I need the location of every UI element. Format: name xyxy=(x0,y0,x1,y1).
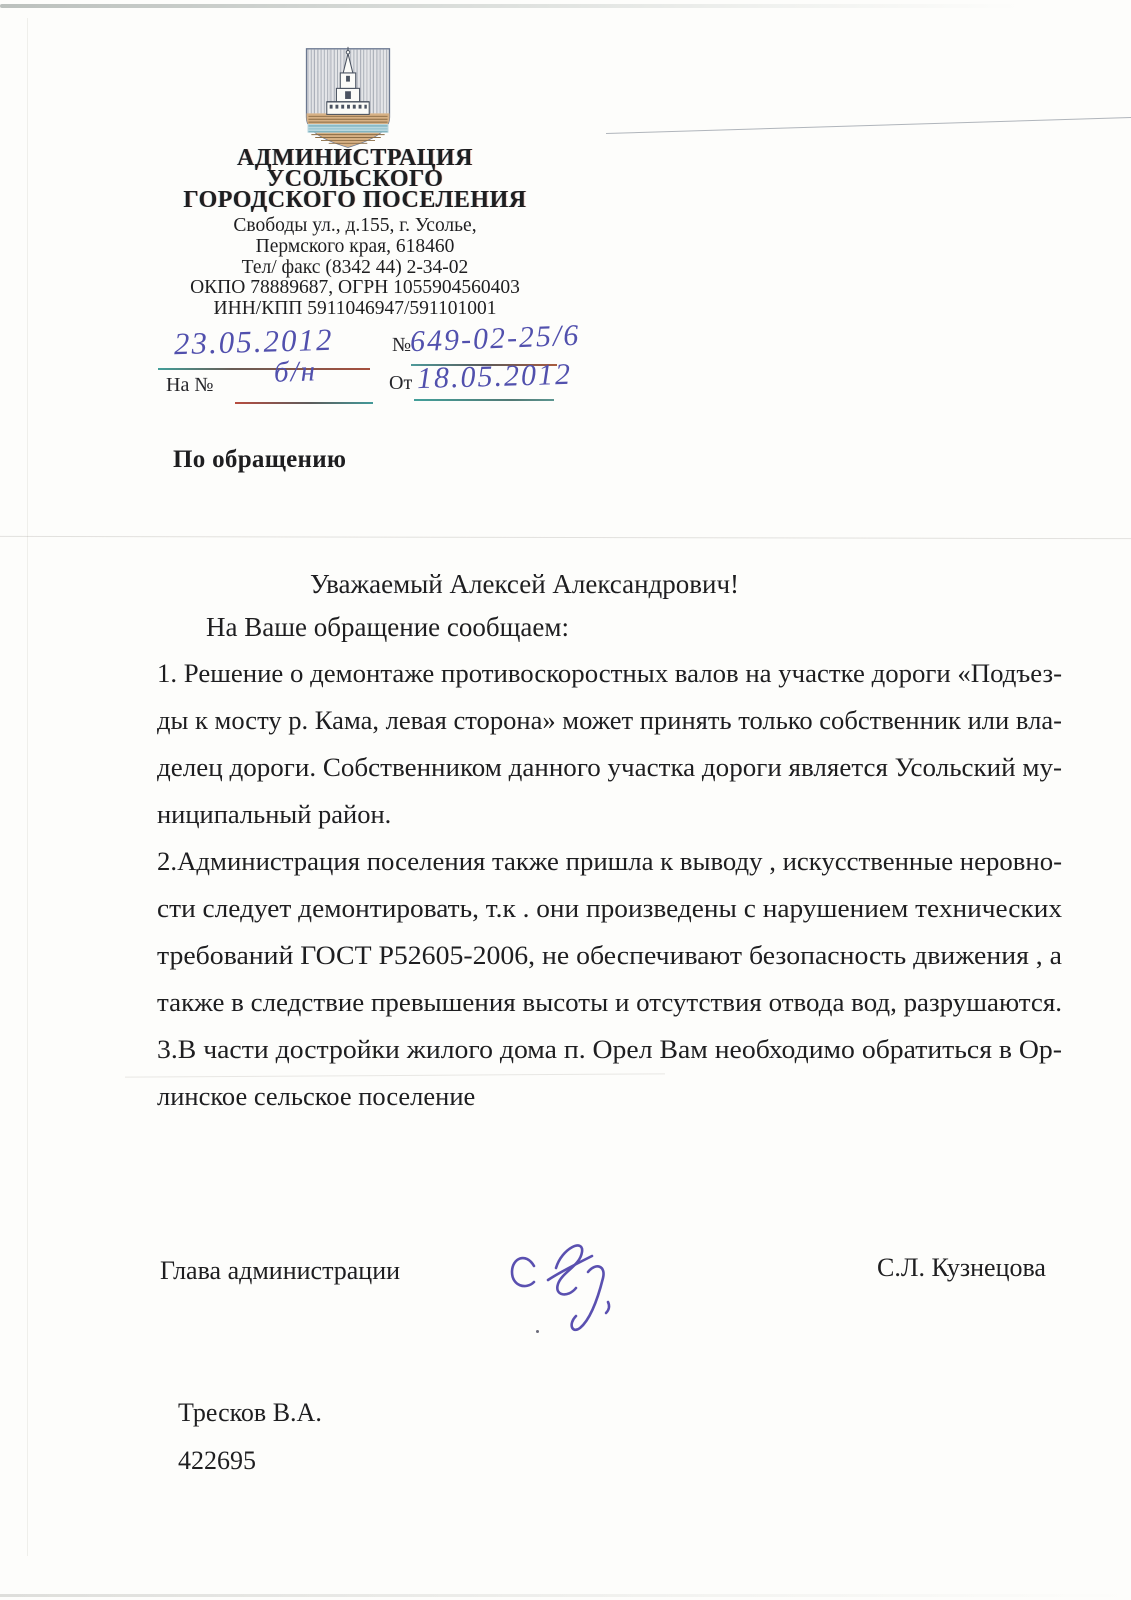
org-name-line: ГОРОДСКОГО ПОСЕЛЕНИЯ xyxy=(150,190,560,211)
scanned-letter-page: АДМИНИСТРАЦИЯ УСОЛЬСКОГО ГОРОДСКОГО ПОСЕ… xyxy=(0,0,1131,1600)
body-line: ды к мосту р. Кама, левая сторона» может… xyxy=(157,705,1062,736)
body-line: сти следует демонтировать, т.к . они про… xyxy=(157,893,1062,924)
incoming-date-underline xyxy=(414,399,554,401)
signer-name: С.Л. Кузнецова xyxy=(877,1253,1046,1283)
outgoing-number-handwritten: 649-02-25/6 xyxy=(409,319,581,360)
paper-crease-horizontal xyxy=(125,1073,665,1077)
intro-line: На Ваше обращение сообщаем: xyxy=(206,612,569,643)
executor-name: Тресков В.А. xyxy=(178,1398,322,1428)
incoming-number-underline xyxy=(235,402,373,404)
incoming-number-handwritten: б/н xyxy=(273,355,317,389)
scan-artifact-top-streak xyxy=(0,4,1020,8)
ink-dot-artifact xyxy=(536,1330,539,1333)
body-line: 1. Решение о демонтаже противоскоростных… xyxy=(157,658,1062,689)
letterhead-address-line: Пермского края, 618460 xyxy=(150,237,560,258)
body-line: также в следствие превышения высоты и от… xyxy=(157,987,1062,1018)
incoming-date-handwritten: 18.05.2012 xyxy=(417,358,573,396)
paper-crease-horizontal xyxy=(0,536,1131,539)
letterhead-phone-line: Тел/ факс (8342 44) 2-34-02 xyxy=(150,258,560,279)
paper-crease-vertical xyxy=(27,18,28,1556)
body-line: 2.Администрация поселения также пришла к… xyxy=(157,846,1062,877)
date-underline xyxy=(158,368,370,370)
incoming-date-label: От xyxy=(389,372,412,395)
letterhead-okpo-ogrn-line: ОКПО 78889687, ОГРН 1055904560403 xyxy=(150,278,560,299)
letterhead-inn-kpp-line: ИНН/КПП 5911046947/591101001 xyxy=(150,299,560,320)
scan-artifact-bottom-edge xyxy=(0,1594,1131,1597)
executor-phone: 422695 xyxy=(178,1446,256,1476)
signer-position: Глава администрации xyxy=(160,1256,400,1286)
letterhead-contact-block: Свободы ул., д.155, г. Усолье, Пермского… xyxy=(150,216,560,320)
signature-handwritten xyxy=(496,1228,646,1343)
salutation: Уважаемый Алексей Александрович! xyxy=(310,569,739,600)
body-line: ниципальный район. xyxy=(157,799,391,830)
scan-artifact-diagonal-line xyxy=(606,117,1131,134)
body-line: линское сельское поселение xyxy=(157,1081,475,1112)
letterhead-address-line: Свободы ул., д.155, г. Усолье, xyxy=(150,216,560,237)
body-line: требований ГОСТ Р52605-2006, не обеспечи… xyxy=(157,940,1062,971)
incoming-number-label: На № xyxy=(166,374,213,397)
coat-of-arms-icon xyxy=(299,44,397,152)
outgoing-number-label: № xyxy=(392,334,411,357)
body-line: делец дороги. Собственником данного учас… xyxy=(157,752,1062,783)
letter-subject: По обращению xyxy=(173,446,346,474)
letterhead-org-name: АДМИНИСТРАЦИЯ УСОЛЬСКОГО ГОРОДСКОГО ПОСЕ… xyxy=(150,148,560,211)
body-line: 3.В части достройки жилого дома п. Орел … xyxy=(157,1034,1062,1065)
